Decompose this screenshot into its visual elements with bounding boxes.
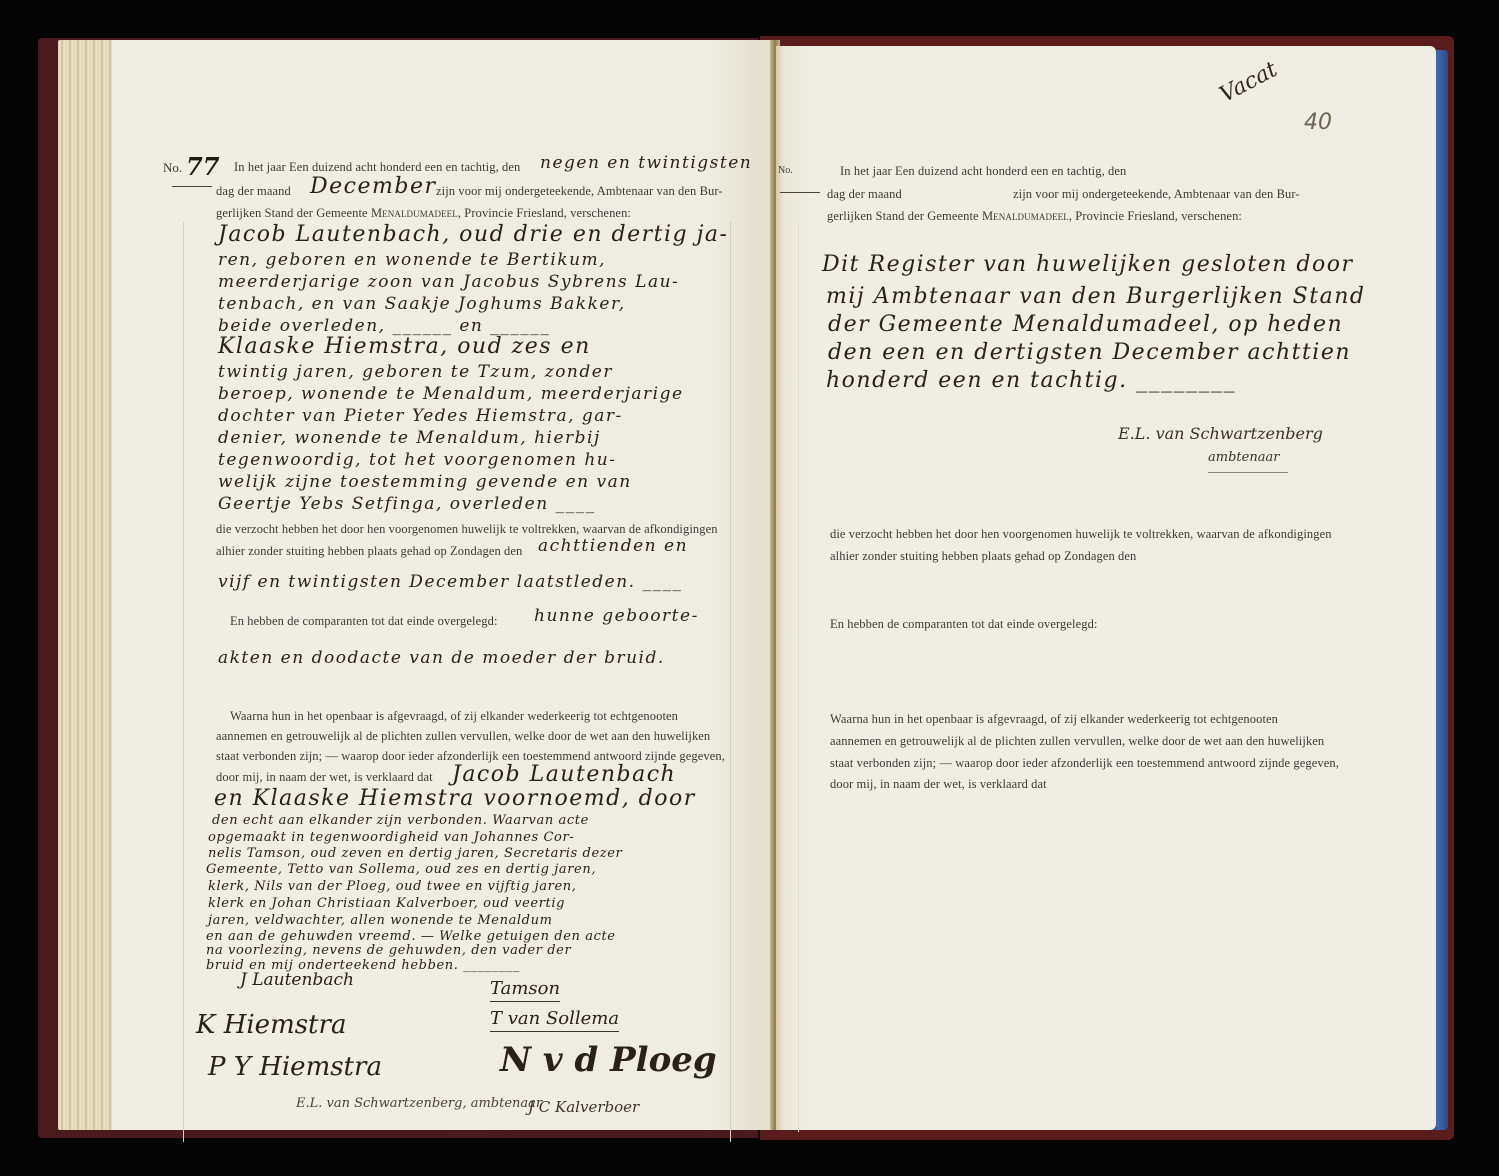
groom-line: ren, geboren en wonende te Bertikum, [218, 250, 606, 270]
signature-bride: K Hiemstra [196, 1010, 346, 1040]
announcement-dates-handwritten: achttienden en [538, 536, 688, 556]
documents-handwritten-2: akten en doodacte van de moeder der brui… [218, 648, 665, 668]
left-day-handwritten: negen en twintigsten [540, 153, 752, 173]
signature-witness-kalverboer: J C Kalverboer [528, 1098, 639, 1116]
left-announcement-line-2: alhier zonder stuiting hebben plaats geh… [216, 541, 522, 561]
right-intro-line-2b: zijn voor mij ondergeteekende, Ambtenaar… [1013, 184, 1300, 204]
left-intro-line-2b: zijn voor mij ondergeteekende, Ambtenaar… [436, 181, 723, 201]
right-documents-label: En hebben de comparanten tot dat einde o… [830, 614, 1098, 634]
signature-groom: J Lautenbach [240, 970, 354, 990]
groom-line: beide overleden, ______ en ______ [218, 316, 550, 336]
bride-line: Geertje Yebs Setfinga, overleden ____ [218, 494, 596, 514]
left-documents-label: En hebben de comparanten tot dat einde o… [230, 611, 498, 631]
groom-line: tenbach, en van Saakje Joghums Bakker, [218, 294, 626, 314]
record-number-label: No. [163, 160, 182, 176]
closing-signature-rule [1208, 472, 1288, 473]
closing-signature-title: ambtenaar [1208, 450, 1279, 465]
municipality-name: Menaldumadeel [982, 209, 1069, 223]
signature-witness-tamson: Tamson [490, 978, 560, 1002]
right-announcement-line-1: die verzocht hebben het door hen voorgen… [830, 524, 1332, 544]
signature-witness-sollema: T van Sollema [490, 1008, 619, 1032]
declaration-bride-handwritten: en Klaaske Hiemstra voornoemd, door [214, 786, 696, 811]
groom-line: Jacob Lautenbach, oud drie en dertig ja- [218, 222, 728, 247]
bride-line: welijk zijne toestemming gevende en van [218, 472, 632, 492]
right-announcement-line-2: alhier zonder stuiting hebben plaats geh… [830, 546, 1136, 566]
signature-official: E.L. van Schwartzenberg, ambtenaar [296, 1096, 542, 1111]
right-intro-line-2a: dag der maand [827, 184, 902, 204]
right-intro-line-1: In het jaar Een duizend acht honderd een… [840, 161, 1126, 181]
groom-line: meerderjarige zoon van Jacobus Sybrens L… [218, 272, 679, 292]
closing-signature: E.L. van Schwartzenberg [1118, 424, 1323, 443]
record-number: 77 [186, 152, 219, 181]
record-number-rule [172, 186, 212, 187]
bride-line: denier, wonende te Menaldum, hierbij [218, 428, 601, 448]
folio-number: 40 [1304, 110, 1332, 135]
right-intro-line-3: gerlijken Stand der Gemeente Menaldumade… [827, 206, 1242, 226]
left-intro-line-2a: dag der maand [216, 181, 291, 201]
bride-line: twintig jaren, geboren te Tzum, zonder [218, 362, 613, 382]
right-record-number-rule [780, 192, 820, 193]
left-form-frame [183, 222, 731, 1142]
declaration-groom-handwritten: Jacob Lautenbach [452, 762, 676, 787]
signature-bride-father: P Y Hiemstra [208, 1052, 382, 1082]
left-intro-line-3: gerlijken Stand der Gemeente Menaldumade… [216, 203, 631, 223]
left-month-handwritten: December [310, 174, 436, 199]
bride-line: dochter van Pieter Yedes Hiemstra, gar- [218, 406, 623, 426]
documents-handwritten: hunne geboorte- [534, 606, 699, 626]
bride-line: tegenwoordig, tot het voorgenomen hu- [218, 450, 617, 470]
bride-line: beroep, wonende te Menaldum, meerderjari… [218, 384, 684, 404]
signature-witness-ploeg: N v d Ploeg [500, 1040, 717, 1080]
bride-line: Klaaske Hiemstra, oud zes en [218, 334, 591, 359]
municipality-name: Menaldumadeel [371, 206, 458, 220]
announcement-dates-handwritten-2: vijf en twintigsten December laatstleden… [218, 572, 682, 592]
right-record-number-label: No. [778, 165, 793, 176]
